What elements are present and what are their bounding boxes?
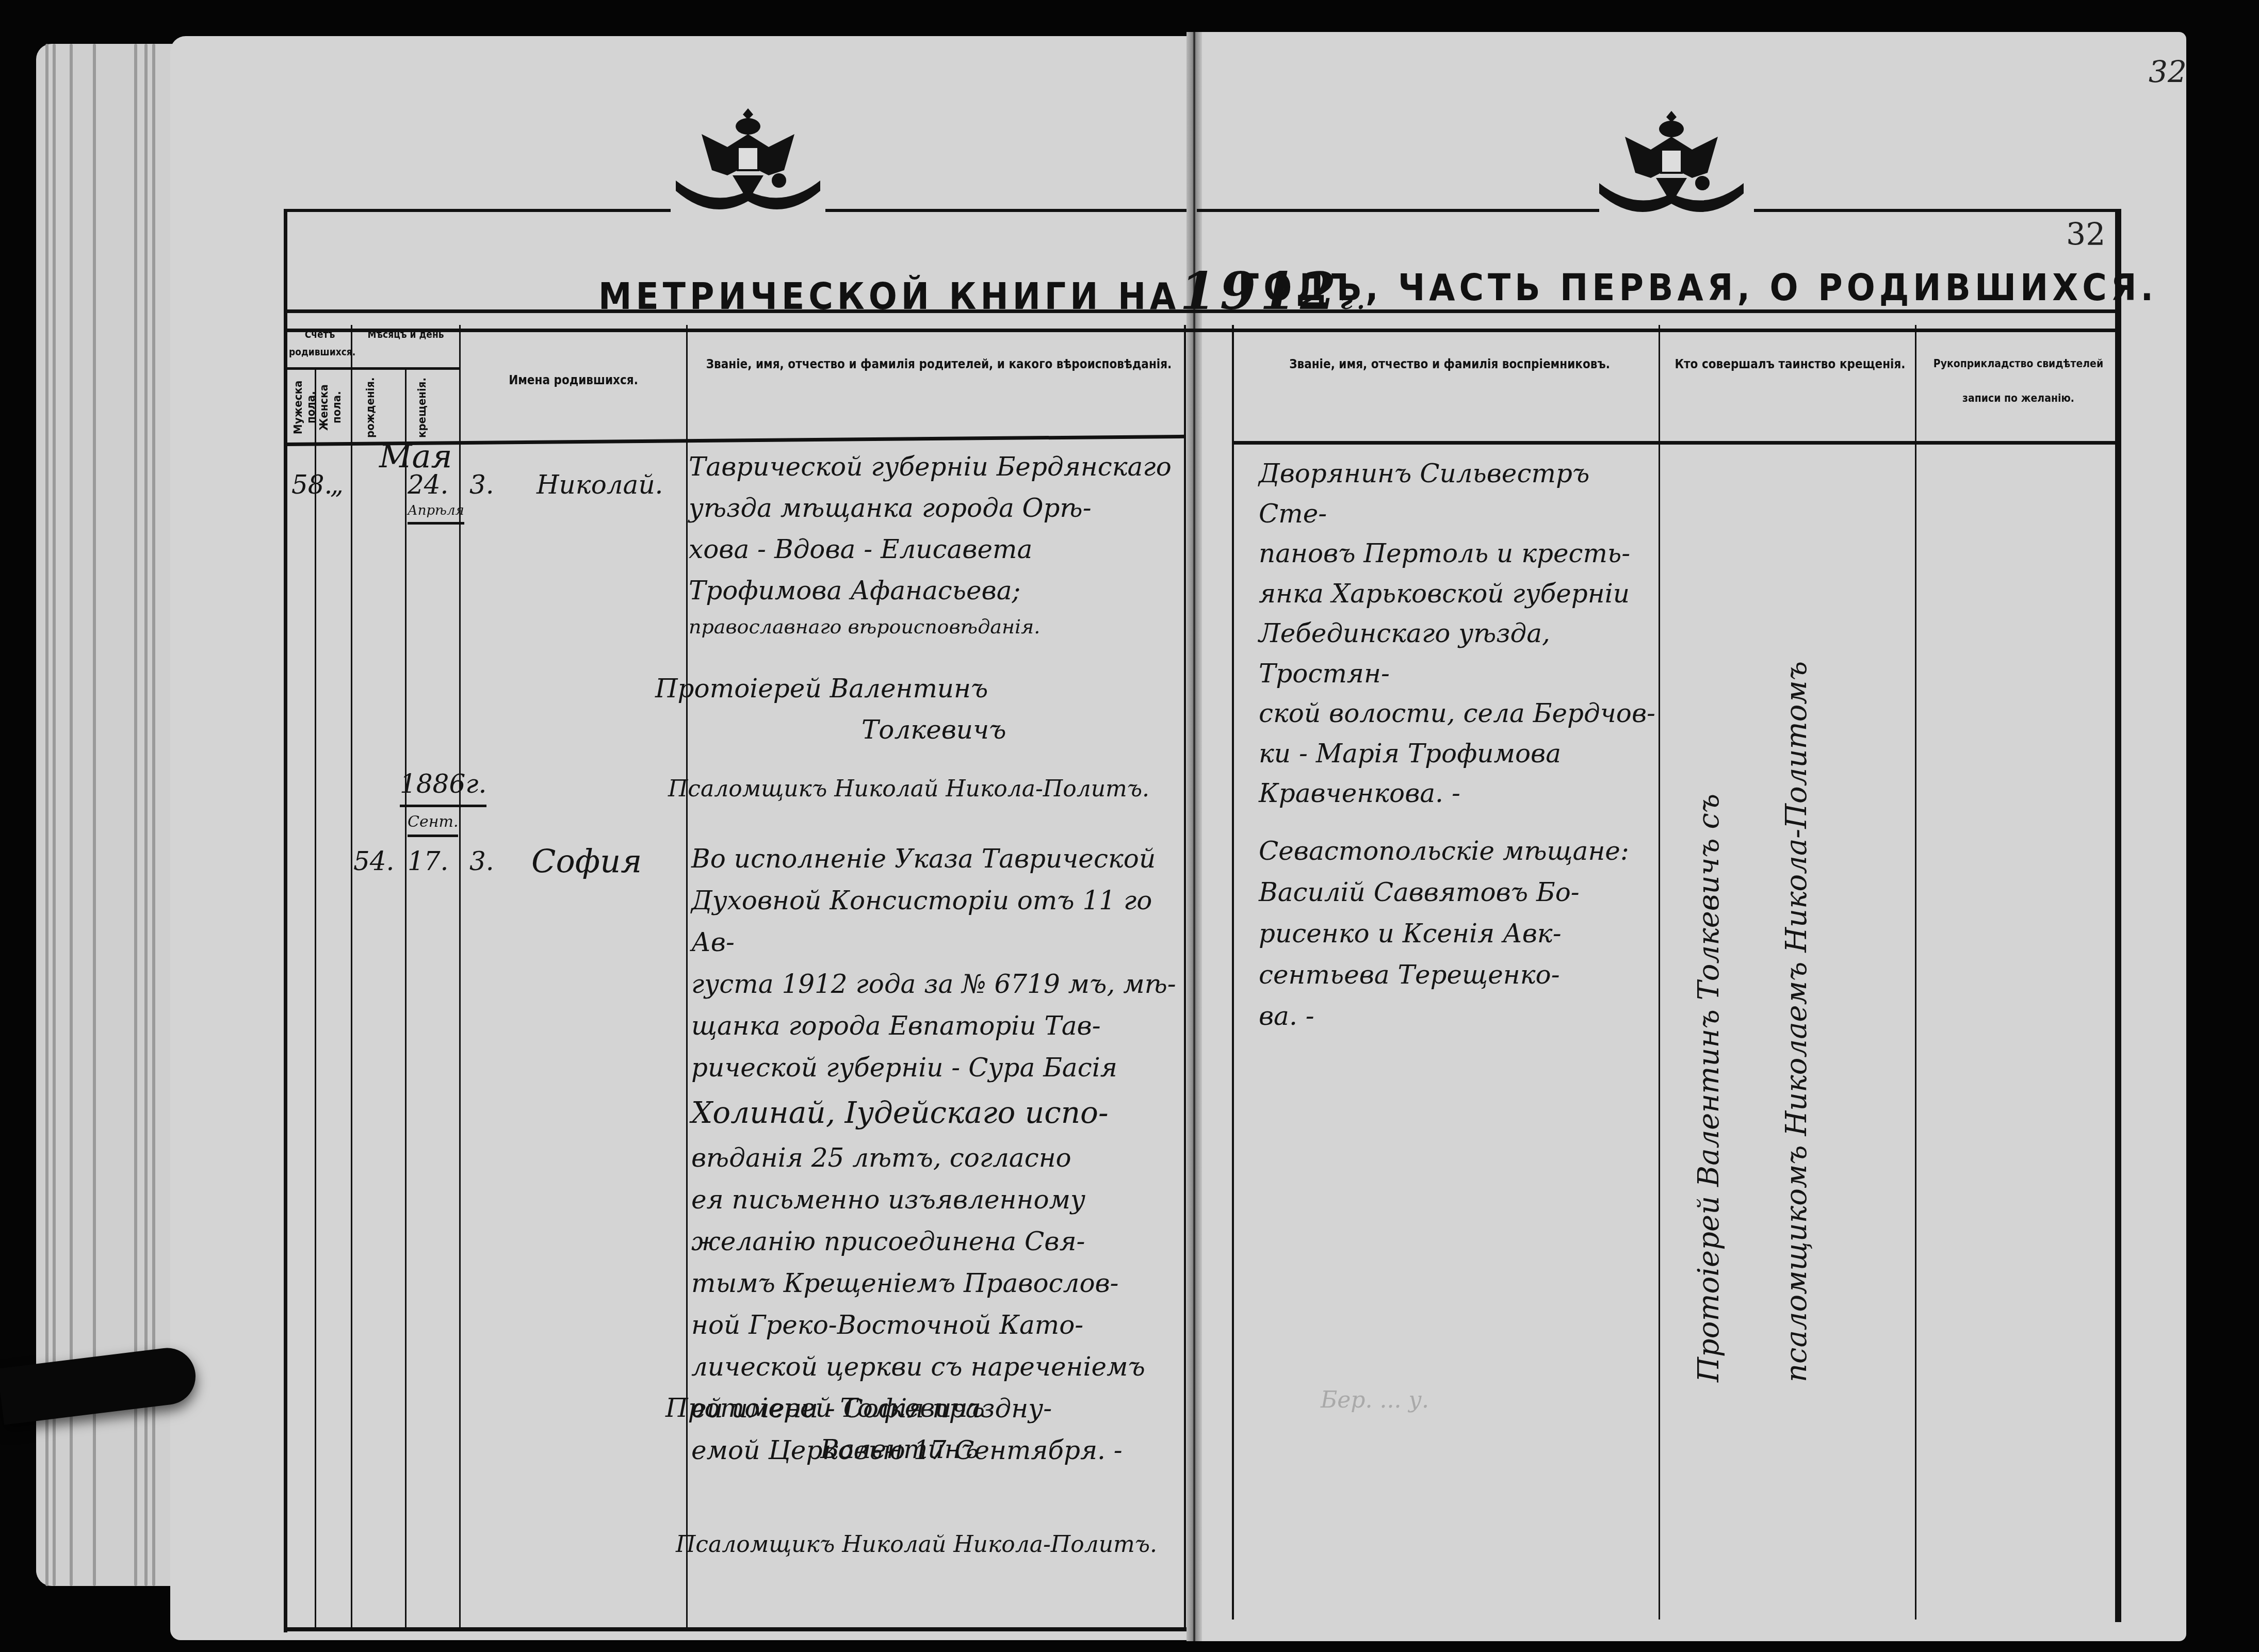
record-1-baptism-day: 3.: [469, 464, 494, 505]
record-1-godparents-line: ской волости, села Бердчов-: [1259, 694, 1661, 734]
title-right: ГОДЪ, ЧАСТЬ ПЕРВАЯ, О РОДИВШИХСЯ.: [1238, 266, 2157, 309]
record-2-parents-line: густа 1912 года за № 6719 мъ, мѣ-: [691, 963, 1187, 1005]
col-line-female: [351, 325, 352, 1627]
header-female: Женска пола.: [318, 377, 349, 438]
header-bottom-rule-right: [1234, 441, 2116, 445]
record-2-parents-line: вѣданія 25 лѣтъ, согласно: [691, 1137, 1187, 1179]
record-2-name: София: [531, 836, 642, 887]
record-1-priest-line: Толкевичъ: [655, 709, 1006, 750]
record-1-godparents-line: янка Харьковской губерніи: [1259, 574, 1661, 614]
record-2-parents-line: ея письменно изъявленному: [691, 1179, 1187, 1221]
record-1-parents-line: хова - Вдова - Елисавета: [689, 529, 1184, 570]
record-2-godparents-line: рисенко и Ксенія Авк-: [1259, 913, 1661, 954]
frame-right-border: [2115, 209, 2121, 1622]
col-line-godparents-left: [1232, 325, 1234, 1620]
record-1-godparents-line: пановъ Пертоль и кресть-: [1259, 534, 1661, 574]
record-1-parents-line: Таврической губерніи Бердянскаго: [689, 446, 1184, 487]
record-1-parents-line: православнаго вѣроисповѣданія.: [689, 611, 1184, 643]
header-names: Имена родившихся.: [461, 369, 686, 392]
record-1-parents-line: Трофимова Афанасьева;: [689, 570, 1184, 611]
record-2-parents-line: лической церкви съ нареченіемъ: [691, 1346, 1187, 1388]
record-2-month-header: Сент.: [408, 810, 458, 837]
record-2-godparents-line: сентьева Терещенко-: [1259, 954, 1661, 995]
record-2-female-no: 54.: [353, 841, 395, 882]
record-1-godparents-line: Лебединскаго уѣзда, Тростян-: [1259, 614, 1661, 694]
record-1-psalmist-signature: Псаломщикъ Николай Никола-Политъ.: [668, 771, 1149, 807]
faint-margin-note: Бер. ... у.: [1321, 1382, 1429, 1418]
header-performed-by: Кто совершалъ таинство крещенія.: [1671, 347, 1909, 383]
frame-bottom-border: [284, 1627, 1187, 1631]
record-2-psalmist-signature: Псаломщикъ Николай Никола-Политъ.: [676, 1527, 1157, 1563]
frame-top-rule-right-2: [1754, 209, 2120, 212]
record-1-parents: Таврической губерніи Бердянскаго уѣзда м…: [689, 446, 1184, 643]
page-number-handwritten: 32: [2149, 54, 2187, 89]
record-2-priest-line: Протоіерей Толкевичъ: [665, 1387, 985, 1429]
record-2-priest-signature: Протоіерей Толкевичъ Валентинъ: [665, 1387, 985, 1470]
record-2-godparents-line: Василій Саввятовъ Бо-: [1259, 872, 1661, 913]
subheader-rule: [287, 367, 459, 370]
performed-by-line-1: Протоіерей Валентинъ Толкевичъ съ: [1692, 454, 1726, 1382]
record-2-parents-line: желанію присоединена Свя-: [691, 1221, 1187, 1263]
record-1-male-no: 58.: [291, 464, 333, 505]
record-1-godparents: Дворянинъ Сильвестръ Сте- пановъ Пертоль…: [1259, 454, 1661, 814]
record-2-parents-line: Холинай, Іудейскаго испо-: [691, 1089, 1187, 1137]
record-1-priest-signature: Протоіерей Валентинъ Толкевичъ: [655, 668, 1006, 750]
record-2-parents-line: Духовной Консисторіи отъ 11 го Ав-: [691, 880, 1187, 963]
record-2-parents-line: рической губерніи - Сура Басія: [691, 1047, 1187, 1089]
record-2-birth-day: 17.: [408, 841, 449, 882]
record-2-parents-line: тымъ Крещеніемъ Правослов-: [691, 1263, 1187, 1304]
performed-by-line-2: псаломщикомъ Николаемъ Никола-Политомъ: [1780, 454, 1813, 1382]
record-2-priest-line: Валентинъ: [665, 1429, 985, 1470]
record-2-parents-line: ной Греко-Восточной Като-: [691, 1304, 1187, 1346]
record-1-female-no: „: [330, 464, 344, 505]
record-1-priest-line: Протоіерей Валентинъ: [655, 668, 1006, 709]
header-birth: рожденія.: [364, 377, 395, 438]
record-1-godparents-line: Кравченкова. -: [1259, 774, 1661, 814]
record-1-parents-line: уѣзда мѣщанка города Орѣ-: [689, 487, 1184, 529]
header-godparents: Званіе, имя, отчество и фамилія воспріем…: [1264, 347, 1635, 383]
record-2-parents-line: щанка города Евпаторіи Тав-: [691, 1005, 1187, 1047]
record-2-godparents-line: ва. -: [1259, 995, 1661, 1037]
header-top-rules: [287, 309, 2116, 332]
header-parents: Званіе, имя, отчество и фамилія родителе…: [702, 347, 1176, 383]
record-1-name: Николай.: [537, 464, 663, 505]
record-2-parents: Во исполненіе Указа Таврической Духовной…: [691, 838, 1187, 1471]
record-1-godparents-line: ки - Марія Трофимова: [1259, 734, 1661, 774]
header-month-day-group: Мѣсяцъ и день: [353, 326, 459, 344]
frame-top-rule-right: [1197, 209, 1599, 212]
record-2-parents-line: Во исполненіе Указа Таврической: [691, 838, 1187, 880]
record-1-godparents-line: Дворянинъ Сильвестръ Сте-: [1259, 454, 1661, 534]
record-2-godparents-line: Севастопольскіе мѣщане:: [1259, 830, 1661, 872]
frame-top-rule-left: [284, 209, 671, 212]
col-line-male: [315, 369, 316, 1627]
imperial-eagle-emblem-left: [671, 98, 825, 222]
record-2-baptism-day: 3.: [469, 841, 494, 882]
frame-left-border: [284, 209, 287, 1632]
page-number-printed: 32: [2066, 217, 2105, 253]
col-line-witness: [1915, 325, 1916, 1620]
header-baptism: крещенія.: [416, 377, 447, 438]
imperial-eagle-emblem-right: [1594, 101, 1749, 224]
record-2-year-header: 1886г.: [400, 763, 486, 807]
col-line-birth: [405, 369, 407, 1627]
frame-top-rule-left-2: [825, 209, 1187, 212]
header-count-group: Счётъ родившихся.: [289, 326, 351, 361]
record-1-birth-day: 24.: [408, 464, 449, 505]
record-2-godparents: Севастопольскіе мѣщане: Василій Саввятов…: [1259, 830, 1661, 1037]
header-witness-signatures: Рукоприкладство свидѣтелей записи по жел…: [1919, 347, 2118, 416]
header-male: Мужеска пола.: [292, 377, 313, 438]
record-1-birth-month-note: Апрѣля: [408, 500, 464, 525]
